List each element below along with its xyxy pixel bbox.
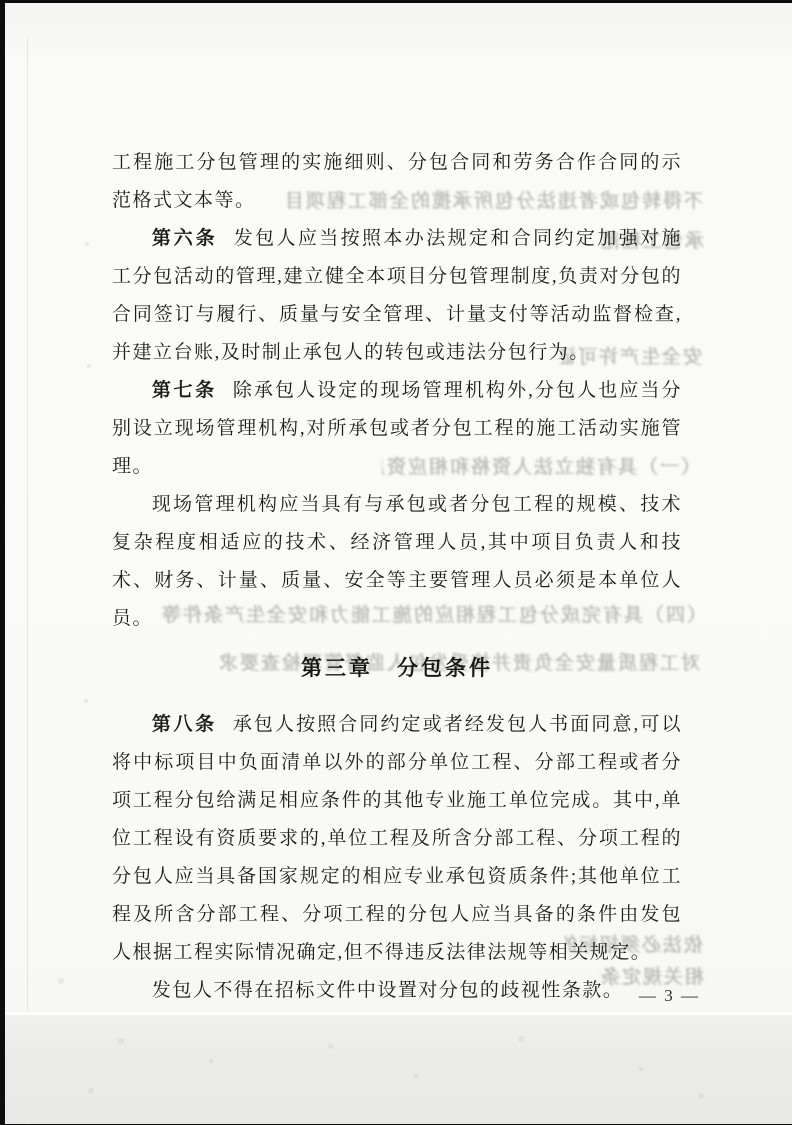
bottom-shadow-area — [5, 1012, 792, 1124]
scan-noise-speckles — [0, 0, 2, 2]
page-number: — 3 — — [639, 986, 700, 1006]
paragraph: 现场管理机构应当具有与承包或者分包工程的规模、技术复杂程度相适应的技术、经济管理… — [112, 486, 682, 638]
scan-left-edge — [0, 0, 5, 1125]
article-number: 第八条 — [152, 714, 217, 735]
chapter-heading: 第三章 分包条件 — [112, 652, 682, 682]
scan-top-edge — [0, 0, 792, 3]
fold-line — [27, 38, 28, 1125]
paragraph: 工程施工分包管理的实施细则、分包合同和劳务合作合同的示范格式文本等。 — [112, 144, 682, 220]
paragraph: 第八条承包人按照合同约定或者经发包人书面同意,可以将中标项目中负面清单以外的部分… — [112, 706, 682, 972]
article-number: 第七条 — [152, 380, 217, 401]
document-body: 工程施工分包管理的实施细则、分包合同和劳务合作合同的示范格式文本等。第六条发包人… — [112, 144, 682, 1010]
article-number: 第六条 — [152, 228, 218, 249]
paragraph: 发包人不得在招标文件中设置对分包的歧视性条款。 — [112, 972, 682, 1010]
paragraph: 第七条除承包人设定的现场管理机构外,分包人也应当分别设立现场管理机构,对所承包或… — [112, 372, 682, 486]
paragraph: 第六条发包人应当按照本办法规定和合同约定加强对施工分包活动的管理,建立健全本项目… — [112, 220, 682, 372]
